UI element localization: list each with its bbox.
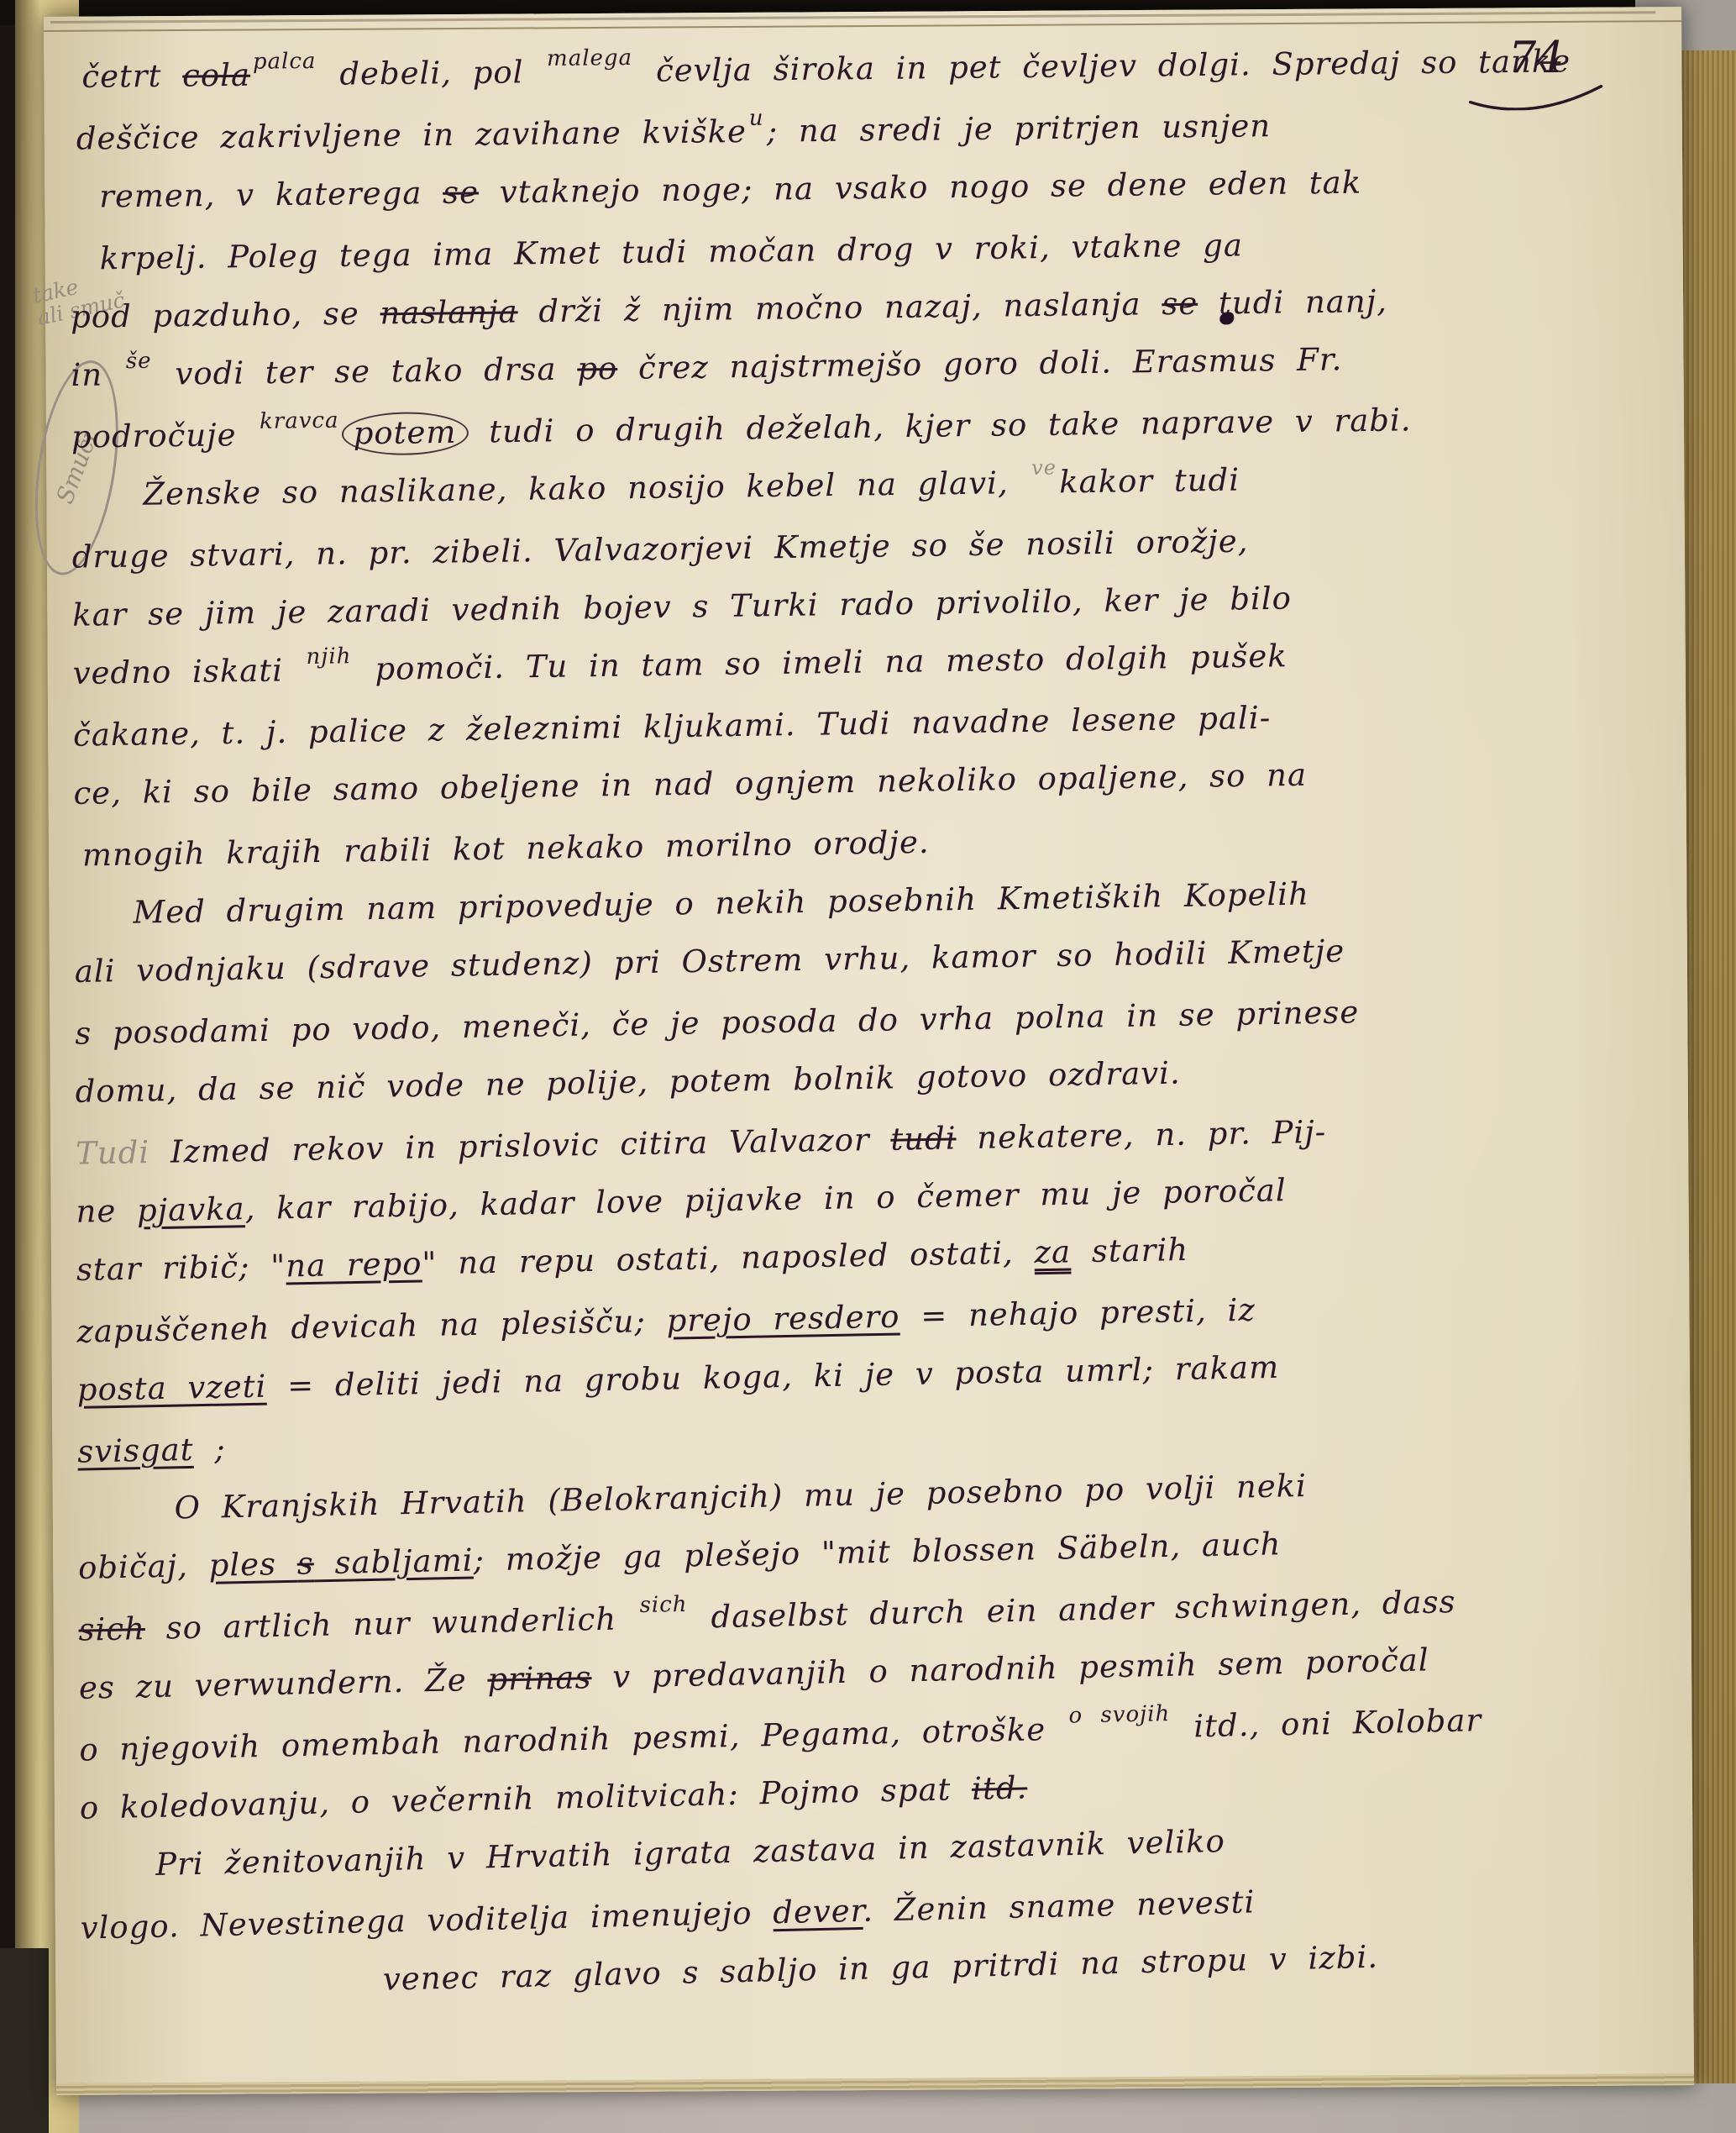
text-segment: . Ženin sname nevesti: [863, 1883, 1256, 1928]
text-segment: u: [749, 106, 764, 131]
text-segment: o svojih: [1068, 1701, 1170, 1729]
text-segment: vedno iskati: [72, 652, 304, 691]
text-segment: še: [126, 349, 152, 374]
text-segment: se: [1162, 286, 1198, 323]
text-segment: palca: [253, 49, 317, 75]
text-segment: ples: [208, 1546, 297, 1584]
text-segment: debeli, pol: [318, 54, 544, 92]
text-segment: sich: [639, 1592, 688, 1618]
text-segment: kakor tudi: [1059, 462, 1240, 501]
text-segment: sich: [78, 1610, 145, 1648]
text-segment: naslanja: [380, 293, 518, 331]
text-segment: sabljami: [313, 1542, 474, 1582]
text-segment: drži ž njim močno nazaj, naslanja: [517, 286, 1162, 329]
text-segment: in: [71, 356, 123, 393]
text-segment: potem: [341, 412, 468, 456]
text-segment: čevlja široka in pet čevljev dolgi. Spre…: [635, 43, 1571, 89]
text-segment: za: [1034, 1233, 1071, 1270]
text-segment: četrt: [81, 58, 182, 95]
text-segment: malega: [547, 45, 632, 71]
text-segment: star ribič; ": [76, 1248, 286, 1288]
text-block: četrt colapalca debeli, pol malega čevlj…: [69, 50, 1672, 2029]
manuscript-page: 74 take ali smuč Smuči četrt colapalca d…: [44, 7, 1694, 2095]
text-segment: remen, v katerega: [99, 175, 443, 215]
text-segment: pjavka: [137, 1190, 245, 1228]
text-segment: es zu verwundern. Že: [78, 1662, 487, 1706]
text-segment: običaj,: [78, 1547, 209, 1586]
text-segment: dever: [773, 1893, 863, 1931]
text-segment: prinas: [487, 1659, 592, 1698]
text-segment: nekatere, n. pr. Pij-: [956, 1114, 1326, 1157]
text-segment: področuje: [71, 417, 258, 455]
text-segment: posta vzeti: [76, 1369, 266, 1408]
text-segment: = nehajo presti, iz: [899, 1292, 1256, 1335]
text-segment: prejo resdero: [666, 1299, 900, 1339]
text-segment: itd.: [972, 1769, 1028, 1806]
text-segment: ve: [1031, 455, 1057, 479]
text-segment: itd., oni Kolobar: [1172, 1702, 1482, 1745]
text-segment: Tudi: [76, 1134, 150, 1172]
text-segment: ne: [76, 1193, 137, 1230]
text-segment: se: [443, 174, 479, 210]
text-segment: tudi: [890, 1120, 957, 1157]
text-segment: ; na sredi je pritrjen usnjen: [766, 108, 1271, 150]
text-segment: po: [577, 350, 617, 387]
text-segment: cola: [182, 57, 250, 94]
text-segment: vodi ter se tako drsa: [154, 351, 577, 392]
text-segment: na repo: [286, 1246, 422, 1285]
text-segment: starih: [1071, 1232, 1189, 1270]
text-segment: tudi nanj,: [1198, 283, 1387, 322]
text-segment: s: [296, 1545, 314, 1581]
text-segment: svisgat: [77, 1432, 194, 1470]
book-cover-corner: [0, 1948, 49, 2133]
text-segment: deščice zakrivljene in zavihane kviške: [76, 113, 747, 157]
text-segment: pod pazduho, se: [71, 295, 380, 334]
text-segment: njih: [306, 644, 351, 670]
text-segment: so artlich nur wunderlich: [144, 1600, 637, 1647]
text-segment: kravca: [260, 408, 339, 434]
text-segment: ;: [193, 1431, 226, 1468]
photographed-manuscript-page: 74 take ali smuč Smuči četrt colapalca d…: [0, 0, 1736, 2133]
